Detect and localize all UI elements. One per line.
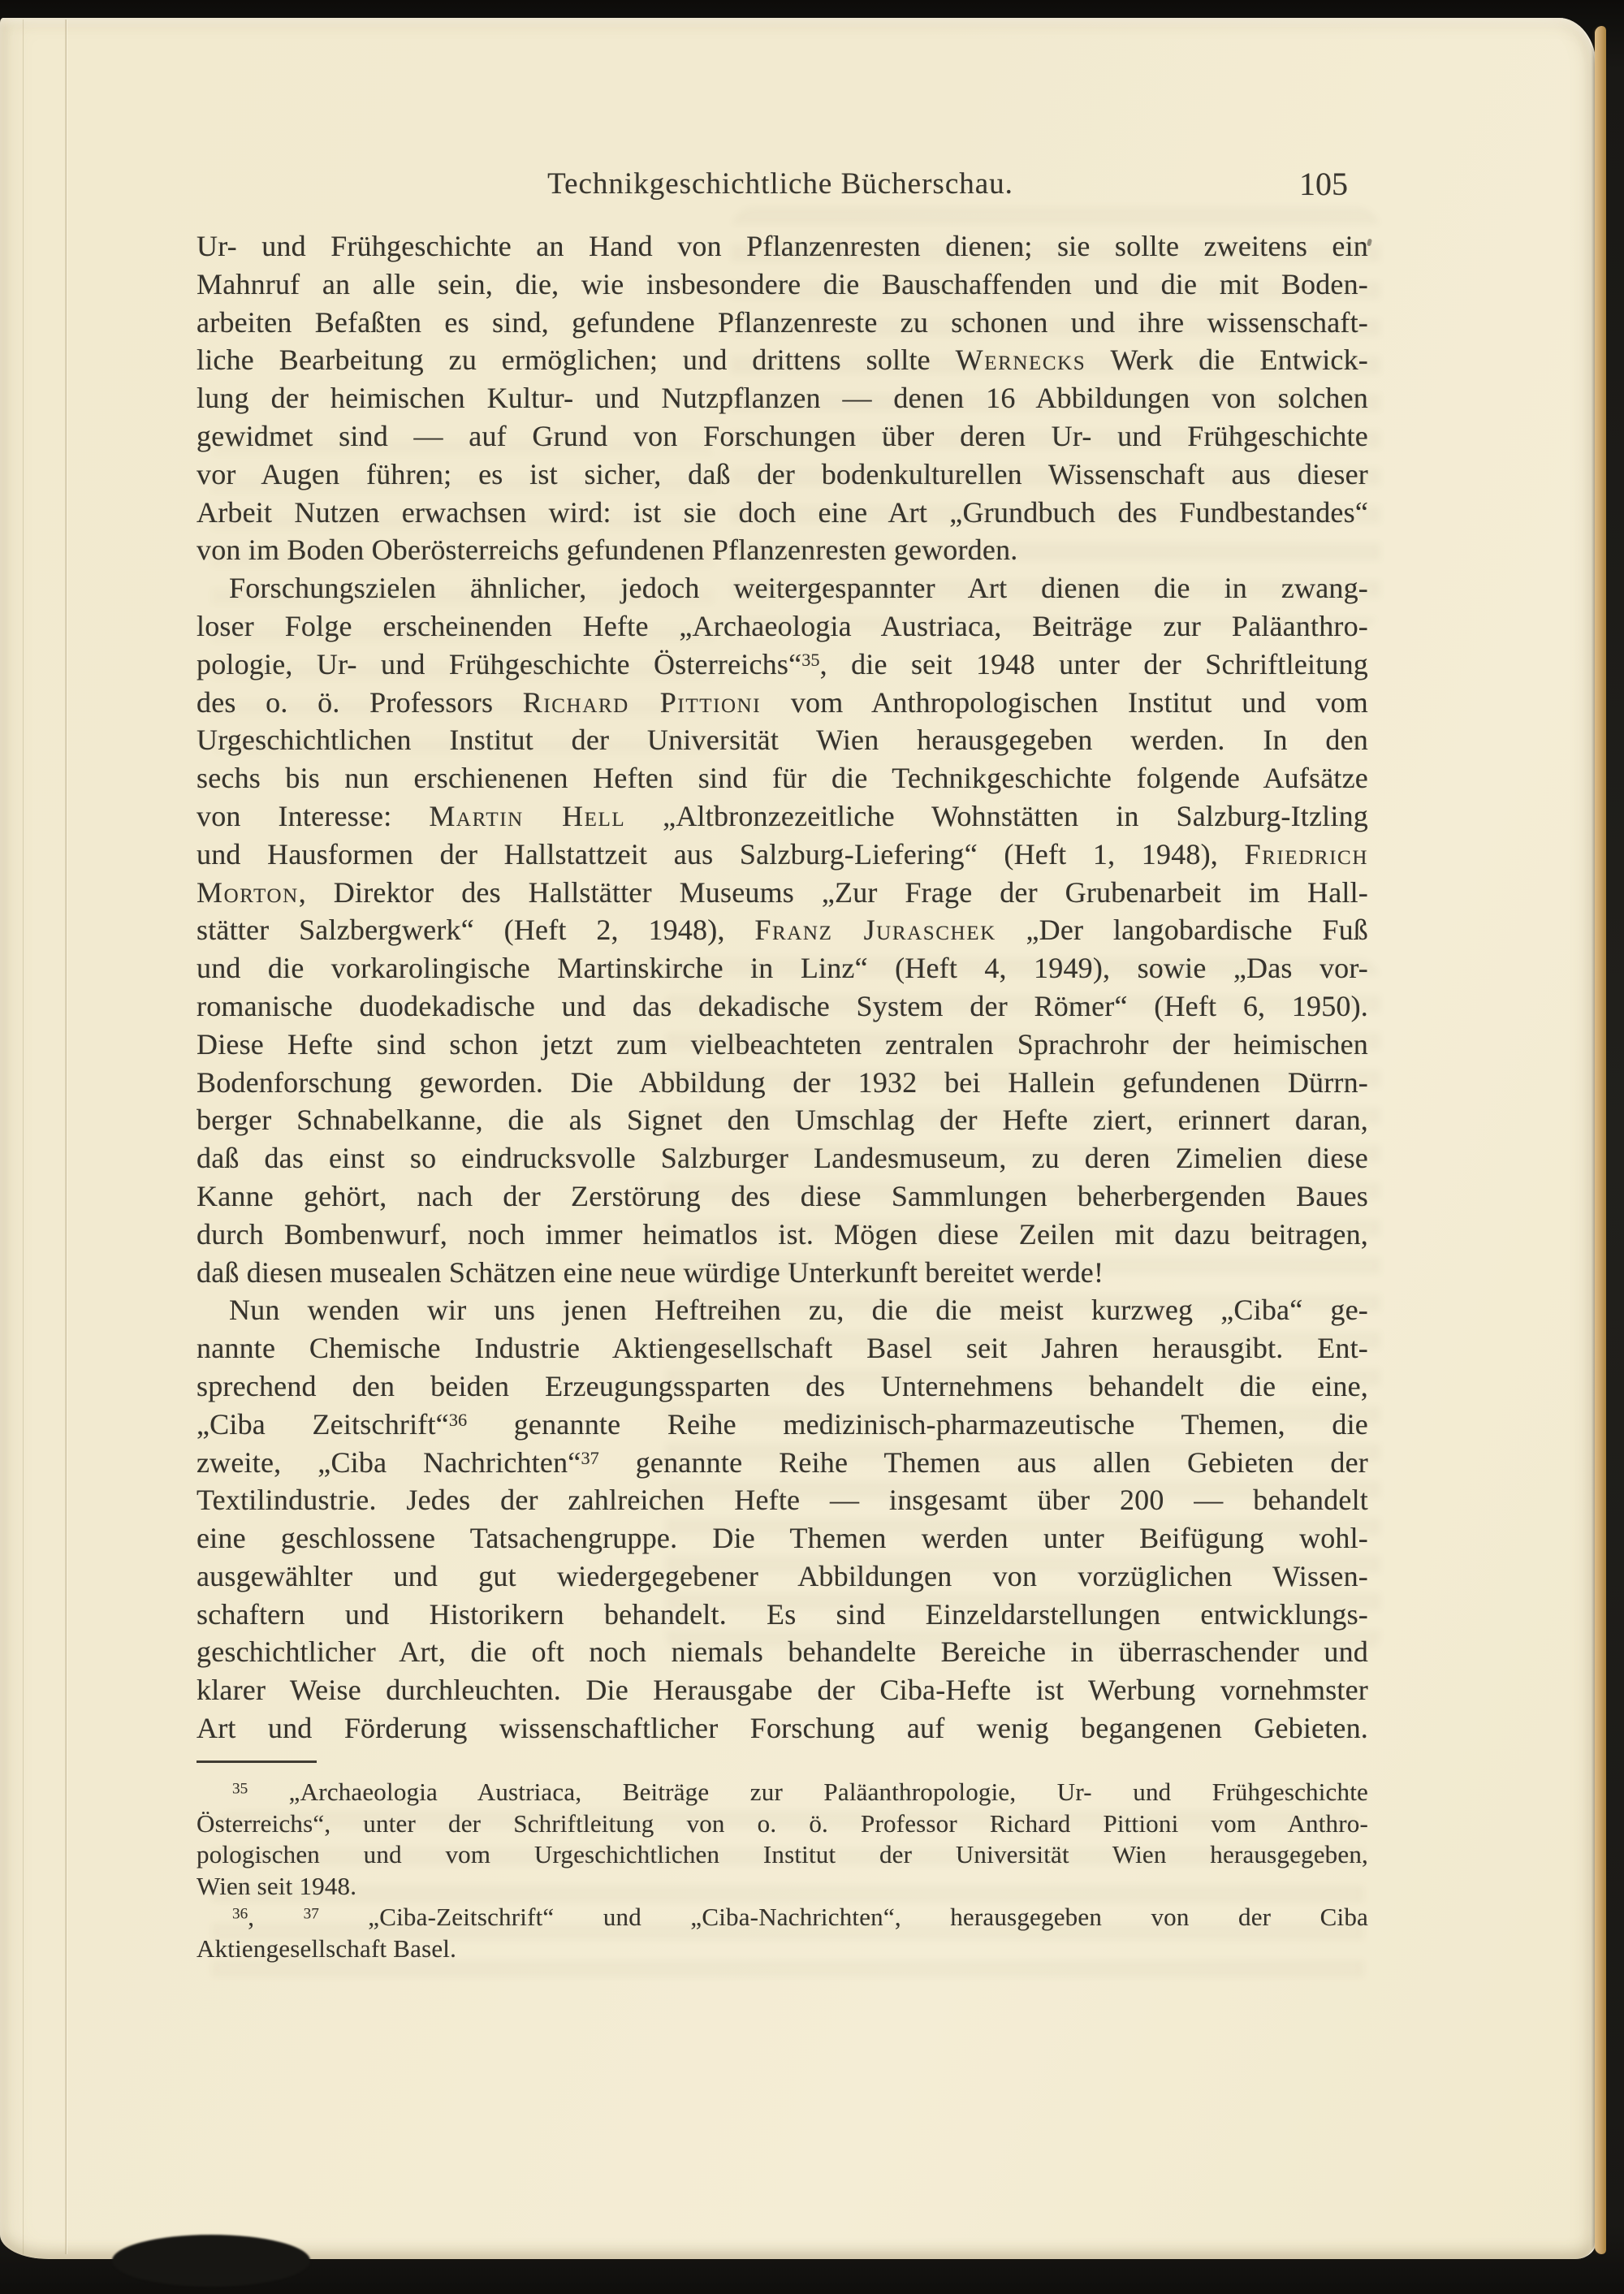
body-text: Ur- und Frühgeschichte an Hand von Pflan… xyxy=(197,227,1368,1748)
text-line: klarer Weise durchleuchten. Die Herausga… xyxy=(197,1671,1368,1709)
text-line: Mahnruf an alle sein, die, wie insbesond… xyxy=(197,266,1368,304)
text-line: und die vorkarolingische Martinskirche i… xyxy=(197,949,1368,987)
text-line: Nun wenden wir uns jenen Heftreihen zu, … xyxy=(197,1291,1368,1329)
underlying-page-edge xyxy=(1595,26,1606,2254)
text-line: Diese Hefte sind schon jetzt zum vielbea… xyxy=(197,1026,1368,1064)
text-line: „Ciba Zeitschrift“36 genannte Reihe medi… xyxy=(197,1406,1368,1444)
text-line: sprechend den beiden Erzeugungssparten d… xyxy=(197,1367,1368,1406)
text-line: von Interesse: Martin Hell „Altbronzezei… xyxy=(197,797,1368,836)
text-line: liche Bearbeitung zu ermöglichen; und dr… xyxy=(197,341,1368,379)
text-line: und Hausformen der Hallstattzeit aus Sal… xyxy=(197,836,1368,874)
text-line: Art und Förderung wissenschaftlicher For… xyxy=(197,1709,1368,1748)
text-line: romanische duodekadische und das dekadis… xyxy=(197,987,1368,1026)
text-line: 36, 37 „Ciba-Zeitschrift“ und „Ciba-Nach… xyxy=(197,1902,1368,1933)
text-line: loser Folge erscheinenden Hefte „Archaeo… xyxy=(197,607,1368,646)
text-line: Bodenforschung geworden. Die Abbildung d… xyxy=(197,1064,1368,1102)
text-line: zweite, „Ciba Nachrichten“37 genannte Re… xyxy=(197,1444,1368,1482)
text-line: Urgeschichtlichen Institut der Universit… xyxy=(197,721,1368,759)
text-line: Kanne gehört, nach der Zerstörung des di… xyxy=(197,1177,1368,1216)
text-line: Morton, Direktor des Hallstätter Museums… xyxy=(197,874,1368,912)
footnotes: 35 „Archaeologia Austriaca, Beiträge zur… xyxy=(197,1777,1368,1965)
text-line: Forschungszielen ähnlicher, jedoch weite… xyxy=(197,569,1368,607)
text-line: arbeiten Befaßten es sind, gefundene Pfl… xyxy=(197,304,1368,342)
text-line: durch Bombenwurf, noch immer heimatlos i… xyxy=(197,1216,1368,1254)
text-line: eine geschlossene Tatsachengruppe. Die T… xyxy=(197,1519,1368,1557)
page-number: 105 xyxy=(1299,164,1348,205)
text-line: berger Schnabelkanne, die als Signet den… xyxy=(197,1101,1368,1139)
footnote-separator xyxy=(197,1760,317,1763)
text-line: ausgewählter und gut wiedergegebener Abb… xyxy=(197,1557,1368,1596)
text-line: stätter Salzbergwerk“ (Heft 2, 1948), Fr… xyxy=(197,911,1368,949)
text-line: Aktiengesellschaft Basel. xyxy=(197,1933,1368,1965)
text-line: pologie, Ur- und Frühgeschichte Österrei… xyxy=(197,646,1368,684)
text-line: des o. ö. Professors Richard Pittioni vo… xyxy=(197,684,1368,722)
text-line: vor Augen führen; es ist sicher, daß der… xyxy=(197,456,1368,494)
scanned-book-page-background: Technikgeschichtliche Bücherschau. 105 U… xyxy=(0,0,1624,2294)
text-line: 35 „Archaeologia Austriaca, Beiträge zur… xyxy=(197,1777,1368,1808)
text-line: daß diesen musealen Schätzen eine neue w… xyxy=(197,1254,1368,1292)
page-header: Technikgeschichtliche Bücherschau. 105 xyxy=(197,164,1348,205)
text-line: nannte Chemische Industrie Aktiengesells… xyxy=(197,1329,1368,1367)
text-line: Wien seit 1948. xyxy=(197,1871,1368,1903)
running-title: Technikgeschichtliche Bücherschau. xyxy=(197,164,1348,205)
text-line: sechs bis nun erschienenen Heften sind f… xyxy=(197,759,1368,797)
text-line: gewidmet sind — auf Grund von Forschunge… xyxy=(197,417,1368,456)
text-line: daß das einst so eindrucksvolle Salzburg… xyxy=(197,1139,1368,1177)
text-line: schaftern und Historikern behandelt. Es … xyxy=(197,1596,1368,1634)
text-line: pologischen und vom Urgeschichtlichen In… xyxy=(197,1839,1368,1871)
text-line: Arbeit Nutzen erwachsen wird: ist sie do… xyxy=(197,494,1368,532)
text-line: Österreichs“, unter der Schriftleitung v… xyxy=(197,1808,1368,1840)
page-bottom-curve xyxy=(112,2235,310,2287)
text-line: Textilindustrie. Jedes der zahlreichen H… xyxy=(197,1481,1368,1519)
text-line: lung der heimischen Kultur- und Nutzpfla… xyxy=(197,379,1368,417)
text-line: geschichtlicher Art, die oft noch niemal… xyxy=(197,1633,1368,1671)
text-line: von im Boden Oberösterreichs gefundenen … xyxy=(197,531,1368,569)
text-line: Ur- und Frühgeschichte an Hand von Pflan… xyxy=(197,227,1368,266)
